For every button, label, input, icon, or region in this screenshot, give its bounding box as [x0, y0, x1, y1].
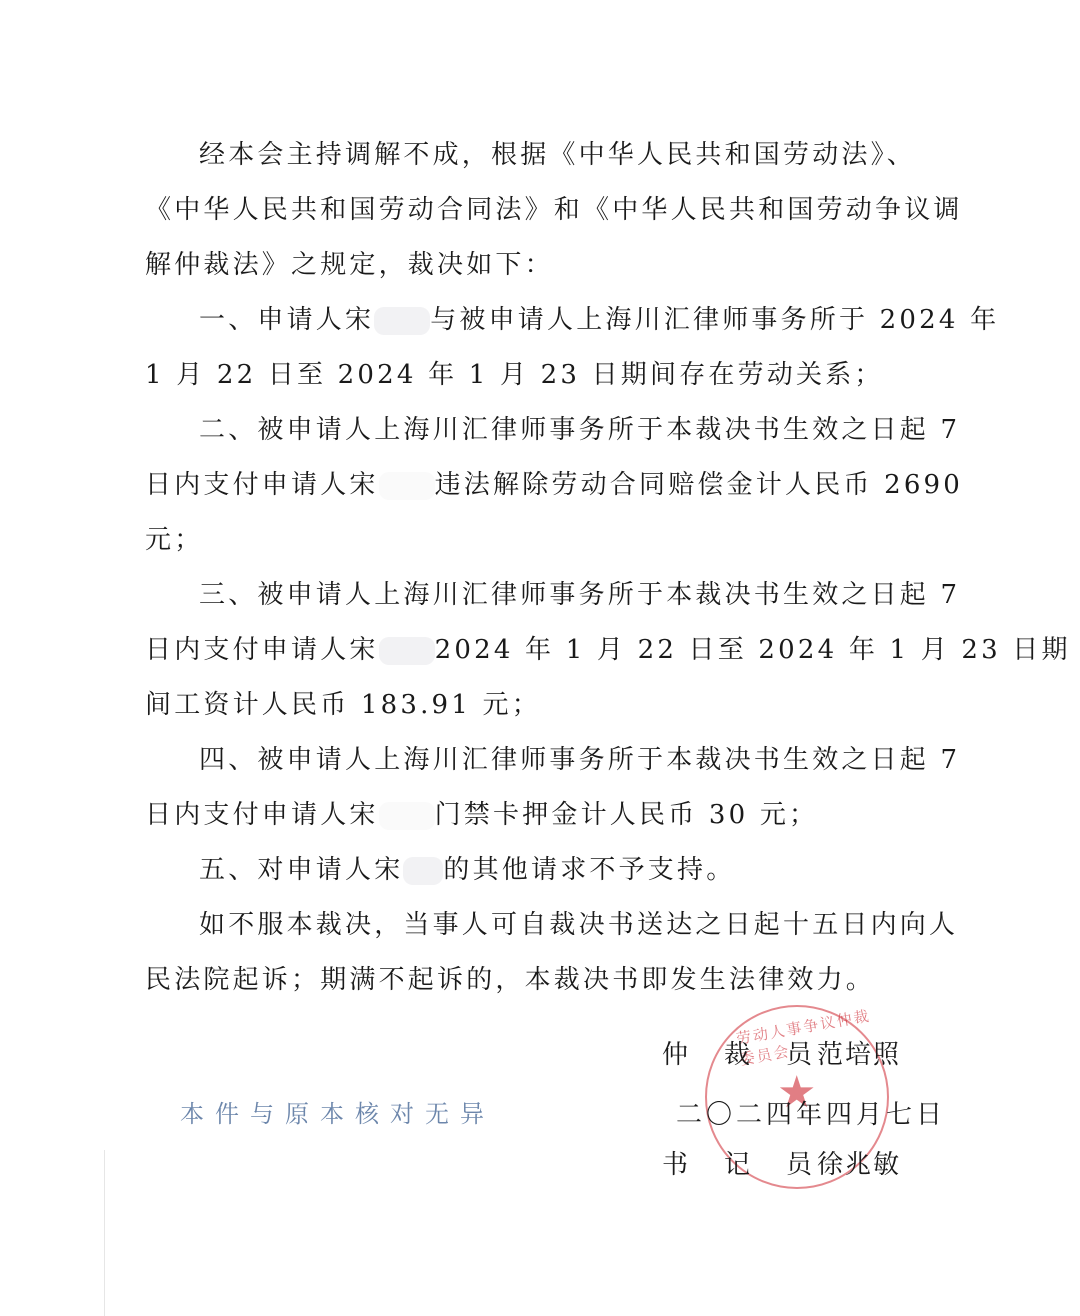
redacted-name [374, 307, 430, 335]
item4-line-1: 四、被申请人上海川汇律师事务所于本裁决书生效之日起 7 [145, 733, 945, 788]
redacted-name [379, 802, 435, 830]
appeal-line-1: 如不服本裁决，当事人可自裁决书送达之日起十五日内向人 [145, 898, 945, 953]
arbitrator-signature: 仲裁员范培照 [662, 1034, 901, 1071]
redacted-name [379, 637, 435, 665]
item2-prefix: 日内支付申请人宋 [145, 470, 379, 500]
intro-line-3: 解仲裁法》之规定，裁决如下： [145, 238, 945, 293]
clerk-signature: 书记员徐兆敏 [662, 1144, 901, 1181]
ruling-date: 二〇二四年四月七日 [676, 1094, 946, 1131]
arbitrator-name: 范培照 [817, 1040, 901, 1070]
intro-line-1: 经本会主持调解不成，根据《中华人民共和国劳动法》、 [145, 128, 945, 183]
item4-line-2: 日内支付申请人宋门禁卡押金计人民币 30 元； [145, 788, 945, 843]
item1-rest: 与被申请人上海川汇律师事务所于 2024 年 [430, 305, 999, 335]
item2-rest: 违法解除劳动合同赔偿金计人民币 2690 [435, 470, 963, 500]
arbitration-ruling-body: 经本会主持调解不成，根据《中华人民共和国劳动法》、 《中华人民共和国劳动合同法》… [145, 128, 945, 1008]
item2-line-1: 二、被申请人上海川汇律师事务所于本裁决书生效之日起 7 [145, 403, 945, 458]
item5-line-1: 五、对申请人宋的其他请求不予支持。 [145, 843, 945, 898]
redacted-name [379, 472, 435, 500]
page-edge [104, 1150, 105, 1316]
item3-rest: 2024 年 1 月 22 日至 2024 年 1 月 23 日期 [435, 635, 1071, 665]
item3-line-2: 日内支付申请人宋2024 年 1 月 22 日至 2024 年 1 月 23 日… [145, 623, 945, 678]
item3-line-3: 间工资计人民币 183.91 元； [145, 678, 945, 733]
item1-line-1: 一、申请人宋与被申请人上海川汇律师事务所于 2024 年 [145, 293, 945, 348]
item2-line-3: 元； [145, 513, 945, 568]
item5-rest: 的其他请求不予支持。 [443, 855, 735, 885]
item1-line-2: 1 月 22 日至 2024 年 1 月 23 日期间存在劳动关系； [145, 348, 945, 403]
intro-line-2: 《中华人民共和国劳动合同法》和《中华人民共和国劳动争议调 [145, 183, 945, 238]
item4-prefix: 日内支付申请人宋 [145, 800, 379, 830]
appeal-line-2: 民法院起诉；期满不起诉的，本裁决书即发生法律效力。 [145, 953, 945, 1008]
clerk-name: 徐兆敏 [817, 1150, 901, 1180]
item5-prefix: 五、对申请人宋 [199, 855, 403, 885]
verification-stamp: 本件与原本核对无异 [180, 1094, 495, 1129]
item1-prefix: 一、申请人宋 [199, 305, 374, 335]
item3-line-1: 三、被申请人上海川汇律师事务所于本裁决书生效之日起 7 [145, 568, 945, 623]
arbitrator-label: 仲裁员 [662, 1034, 817, 1071]
redacted-name [403, 857, 443, 885]
item4-rest: 门禁卡押金计人民币 30 元； [435, 800, 819, 830]
item2-line-2: 日内支付申请人宋违法解除劳动合同赔偿金计人民币 2690 [145, 458, 945, 513]
item3-prefix: 日内支付申请人宋 [145, 635, 379, 665]
clerk-label: 书记员 [662, 1144, 817, 1181]
